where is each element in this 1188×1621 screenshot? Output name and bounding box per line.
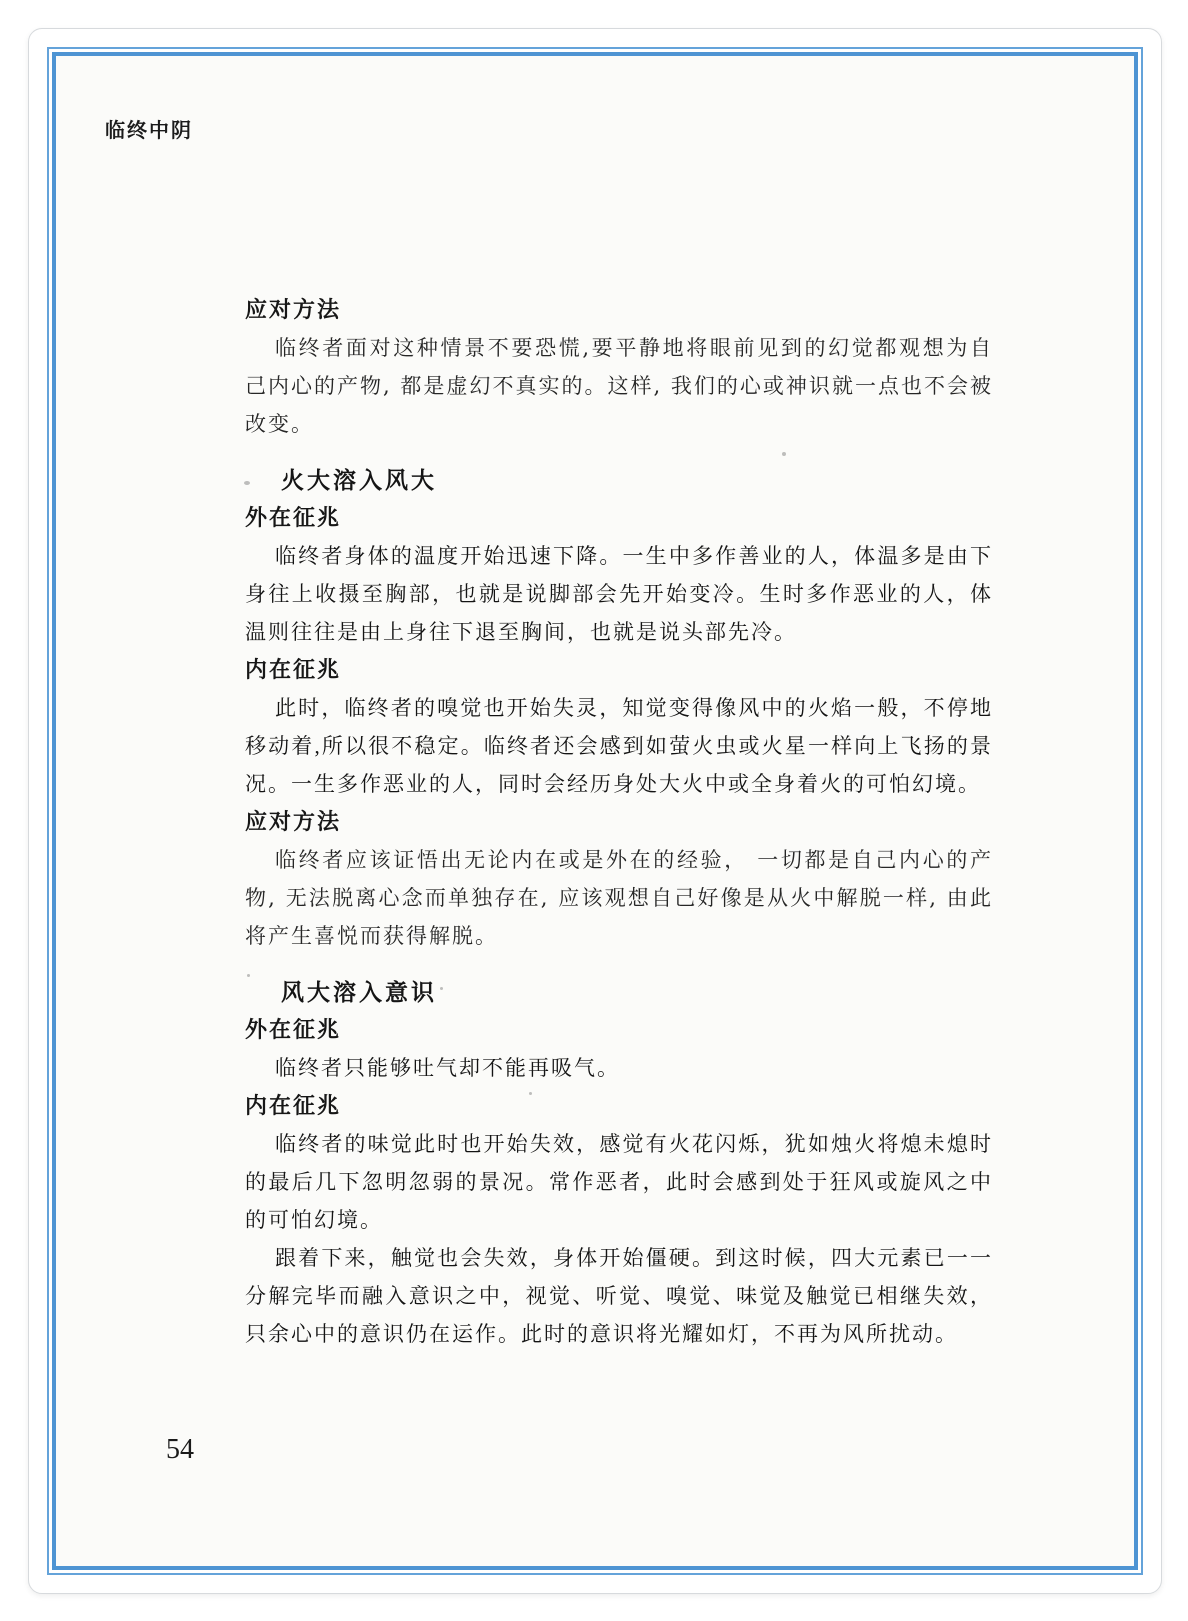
- scan-speck: [244, 481, 250, 485]
- paragraph: 跟着下来，触觉也会失效，身体开始僵硬。到这时候，四大元素已一一分解完毕而融入意识…: [245, 1239, 993, 1353]
- scan-speck: [529, 1092, 532, 1095]
- subsection-heading: 应对方法: [245, 291, 993, 329]
- content-column: 应对方法 临终者面对这种情景不要恐慌,要平静地将眼前见到的幻觉都观想为自己内心的…: [245, 291, 993, 1353]
- page-number: 54: [166, 1434, 194, 1466]
- scan-speck: [782, 452, 786, 456]
- paragraph: 临终者的味觉此时也开始失效，感觉有火花闪烁，犹如烛火将熄未熄时的最后几下忽明忽弱…: [245, 1125, 993, 1239]
- subsection-heading: 内在征兆: [245, 1087, 993, 1125]
- subsection-heading: 内在征兆: [245, 651, 993, 689]
- section-heading: 火大溶入风大: [245, 461, 993, 499]
- paragraph: 此时，临终者的嗅觉也开始失灵，知觉变得像风中的火焰一般，不停地移动着,所以很不稳…: [245, 689, 993, 803]
- subsection-heading: 外在征兆: [245, 1011, 993, 1049]
- paragraph: 临终者应该证悟出无论内在或是外在的经验， 一切都是自己内心的产物, 无法脱离心念…: [245, 841, 993, 955]
- running-head: 临终中阴: [105, 114, 193, 143]
- paragraph: 临终者面对这种情景不要恐慌,要平静地将眼前见到的幻觉都观想为自己内心的产物, 都…: [245, 329, 993, 443]
- section-heading: 风大溶入意识: [245, 973, 993, 1011]
- paragraph: 临终者身体的温度开始迅速下降。一生中多作善业的人，体温多是由下身往上收摄至胸部，…: [245, 537, 993, 651]
- subsection-heading: 外在征兆: [245, 499, 993, 537]
- paragraph: 临终者只能够吐气却不能再吸气。: [245, 1049, 993, 1087]
- scan-speck: [247, 974, 250, 977]
- scan-speck: [440, 987, 443, 990]
- subsection-heading: 应对方法: [245, 803, 993, 841]
